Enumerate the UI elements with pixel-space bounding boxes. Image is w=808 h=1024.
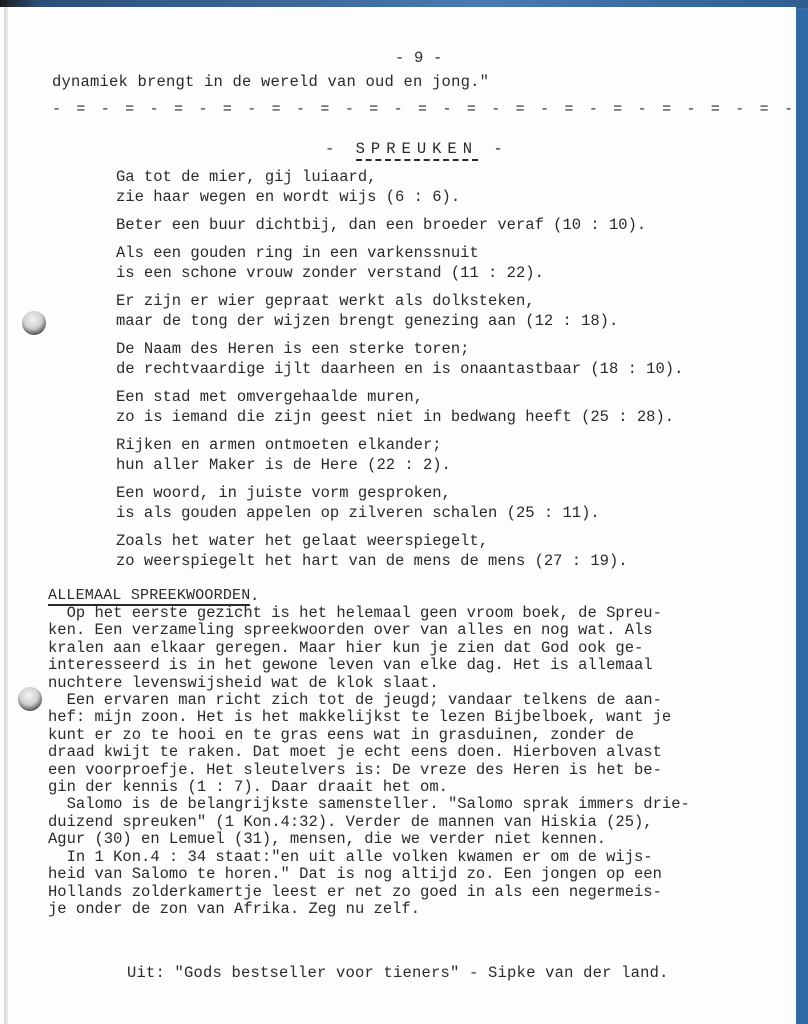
article-line: Op het eerste gezicht is het helemaal ge… bbox=[48, 605, 690, 622]
proverb: Een stad met omvergehaalde muren,zo is i… bbox=[116, 387, 683, 427]
punch-hole bbox=[18, 687, 42, 711]
title-prefix: - bbox=[325, 140, 340, 158]
article-line: In 1 Kon.4 : 34 staat:"en uit alle volke… bbox=[48, 849, 690, 866]
article-line: Salomo is de belangrijkste samensteller.… bbox=[48, 796, 690, 813]
proverb-line: hun aller Maker is de Here (22 : 2). bbox=[116, 455, 683, 475]
proverb-line: zie haar wegen en wordt wijs (6 : 6). bbox=[116, 187, 683, 207]
proverb: Zoals het water het gelaat weerspiegelt,… bbox=[116, 531, 683, 571]
proverb-list: Ga tot de mier, gij luiaard,zie haar weg… bbox=[116, 167, 683, 579]
article-heading-suffix: . bbox=[250, 587, 260, 605]
document-page: - 9 - dynamiek brengt in de wereld van o… bbox=[0, 7, 796, 1024]
section-title: - SPREUKEN - bbox=[325, 140, 509, 158]
source-credit: Uit: "Gods bestseller voor tieners" - Si… bbox=[127, 964, 669, 982]
article-line: duizend spreuken" (1 Kon.4:32). Verder d… bbox=[48, 814, 690, 831]
proverb: Er zijn er wier gepraat werkt als dolkst… bbox=[116, 291, 683, 331]
proverb-line: Als een gouden ring in een varkenssnuit bbox=[116, 243, 683, 263]
scan-right-edge bbox=[796, 10, 808, 1024]
carry-over-line: dynamiek brengt in de wereld van oud en … bbox=[52, 73, 489, 91]
title-text: SPREUKEN bbox=[356, 140, 478, 161]
paper-left-edge bbox=[4, 7, 8, 1024]
proverb-line: Er zijn er wier gepraat werkt als dolkst… bbox=[116, 291, 683, 311]
proverb: Beter een buur dichtbij, dan een broeder… bbox=[116, 215, 683, 235]
proverb-line: is een schone vrouw zonder verstand (11 … bbox=[116, 263, 683, 283]
article-line: gin der kennis (1 : 7). Daar draait het … bbox=[48, 779, 690, 796]
proverb-line: De Naam des Heren is een sterke toren; bbox=[116, 339, 683, 359]
proverb-line: de rechtvaardige ijlt daarheen en is ona… bbox=[116, 359, 683, 379]
article-line: een voorproefje. Het sleutelvers is: De … bbox=[48, 762, 690, 779]
proverb-line: maar de tong der wijzen brengt genezing … bbox=[116, 311, 683, 331]
article-line: kralen aan elkaar geregen. Maar hier kun… bbox=[48, 640, 690, 657]
proverb-line: zo is iemand die zijn geest niet in bedw… bbox=[116, 407, 683, 427]
proverb-line: Een woord, in juiste vorm gesproken, bbox=[116, 483, 683, 503]
article-line: kunt er zo te hooi en te gras eens wat i… bbox=[48, 727, 690, 744]
proverb-line: zo weerspiegelt het hart van de mens de … bbox=[116, 551, 683, 571]
article-line: draad kwijt te raken. Dat moet je echt e… bbox=[48, 744, 690, 761]
article-heading-text: ALLEMAAL SPREEKWOORDEN bbox=[48, 587, 250, 604]
proverb-line: Een stad met omvergehaalde muren, bbox=[116, 387, 683, 407]
proverb-line: Zoals het water het gelaat weerspiegelt, bbox=[116, 531, 683, 551]
article-line: Een ervaren man richt zich tot de jeugd;… bbox=[48, 692, 690, 709]
page-number: - 9 - bbox=[395, 49, 443, 67]
article-line: nuchtere levenswijsheid wat de klok slaa… bbox=[48, 675, 690, 692]
article-line: Hollands zolderkamertje leest er net zo … bbox=[48, 884, 690, 901]
proverb-line: Ga tot de mier, gij luiaard, bbox=[116, 167, 683, 187]
proverb: Rijken en armen ontmoeten elkander;hun a… bbox=[116, 435, 683, 475]
article-line: je onder de zon van Afrika. Zeg nu zelf. bbox=[48, 901, 690, 918]
article-body: Op het eerste gezicht is het helemaal ge… bbox=[48, 605, 690, 918]
article-line: hef: mijn zoon. Het is het makkelijkst t… bbox=[48, 709, 690, 726]
proverb-line: is als gouden appelen op zilveren schale… bbox=[116, 503, 683, 523]
proverb-line: Beter een buur dichtbij, dan een broeder… bbox=[116, 215, 683, 235]
article-line: ken. Een verzameling spreekwoorden over … bbox=[48, 622, 690, 639]
proverb-line: Rijken en armen ontmoeten elkander; bbox=[116, 435, 683, 455]
title-suffix: - bbox=[493, 140, 508, 158]
proverb: De Naam des Heren is een sterke toren;de… bbox=[116, 339, 683, 379]
separator-line: - = - = - = - = - = - = - = - = - = - = … bbox=[52, 101, 808, 118]
proverb: Ga tot de mier, gij luiaard,zie haar weg… bbox=[116, 167, 683, 207]
article-line: Agur (30) en Lemuel (31), mensen, die we… bbox=[48, 831, 690, 848]
article-line: heid van Salomo te horen." Dat is nog al… bbox=[48, 866, 690, 883]
punch-hole bbox=[22, 311, 46, 335]
proverb: Een woord, in juiste vorm gesproken,is a… bbox=[116, 483, 683, 523]
proverb: Als een gouden ring in een varkenssnuiti… bbox=[116, 243, 683, 283]
article-line: interesseerd is in het gewone leven van … bbox=[48, 657, 690, 674]
